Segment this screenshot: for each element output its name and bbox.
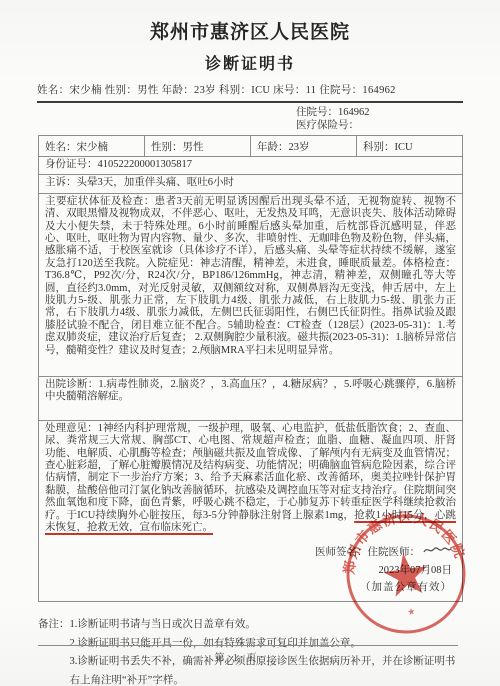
admission-number: 住院号：164962 <box>296 106 500 119</box>
signature-date: 2023年07月08日 <box>45 563 452 578</box>
remark-item-1: 1.诊断证明书请与当日或次日盖章有效。 <box>70 616 466 635</box>
patient-table: 姓名：宋少楠 性别：男性 年龄：23岁 科别：ICU 身份证号：41052220… <box>38 135 463 602</box>
table-row-diagnosis: 出院诊断：1.病毒性肺炎，2.脑炎？，3.高血压？，4.糖尿病？，5.呼吸心跳骤… <box>39 377 462 421</box>
diagnosis-certificate-page: 郑州市惠济区人民医院 诊断证明书 姓名：宋少楠 性别：男性 年龄：23岁 科别：… <box>0 0 500 686</box>
cell-department: 科别：ICU <box>357 136 462 156</box>
cell-name: 姓名：宋少楠 <box>39 136 145 156</box>
patient-info-line: 姓名：宋少楠 性别：男性 年龄：23岁 科别：ICU 床号：11 住院号：164… <box>37 82 463 103</box>
seal-validity-note: （加盖公章有效） <box>45 580 452 595</box>
cell-gender: 性别：男性 <box>145 136 251 156</box>
treatment-opinion-text: 处理意见：1神经内科护理常规，一级护理，吸氧、心电监护，低盐低脂饮食；2、查血、… <box>45 423 456 521</box>
insurance-number: 医疗保险号： <box>296 119 500 132</box>
hospital-name: 郑州市惠济区人民医院 <box>0 17 500 44</box>
footer-divider <box>38 645 458 646</box>
page-number: 第 1 页 <box>0 649 474 664</box>
doctor-signature-scribble <box>422 544 452 561</box>
admission-ids-block: 住院号：164962 医疗保险号： <box>296 106 500 132</box>
signature-block: 医师签名：住院医师： 2023年07月08日 （加盖公章有效） <box>45 544 456 595</box>
doctor-signature-label: 医师签名：住院医师： <box>315 547 420 558</box>
document-title: 诊断证明书 <box>0 51 500 74</box>
table-row-findings: 主要症状体征及检查：患者3天前无明显诱因醒后出现头晕不适，无视物旋转、视物不清、… <box>39 194 462 377</box>
table-row-id-number: 身份证号：410522200001305817 <box>39 157 462 175</box>
table-row-chief-complaint: 主诉：头晕3天，加重伴头痛、呕吐6小时 <box>39 175 462 193</box>
cell-age: 年龄：23岁 <box>251 136 357 156</box>
table-row-treatment-opinion: 处理意见：1神经内科护理常规，一级护理，吸氧、心电监护，低盐低脂饮食；2、查血、… <box>39 421 462 602</box>
table-row-demographics: 姓名：宋少楠 性别：男性 年龄：23岁 科别：ICU <box>39 136 462 157</box>
